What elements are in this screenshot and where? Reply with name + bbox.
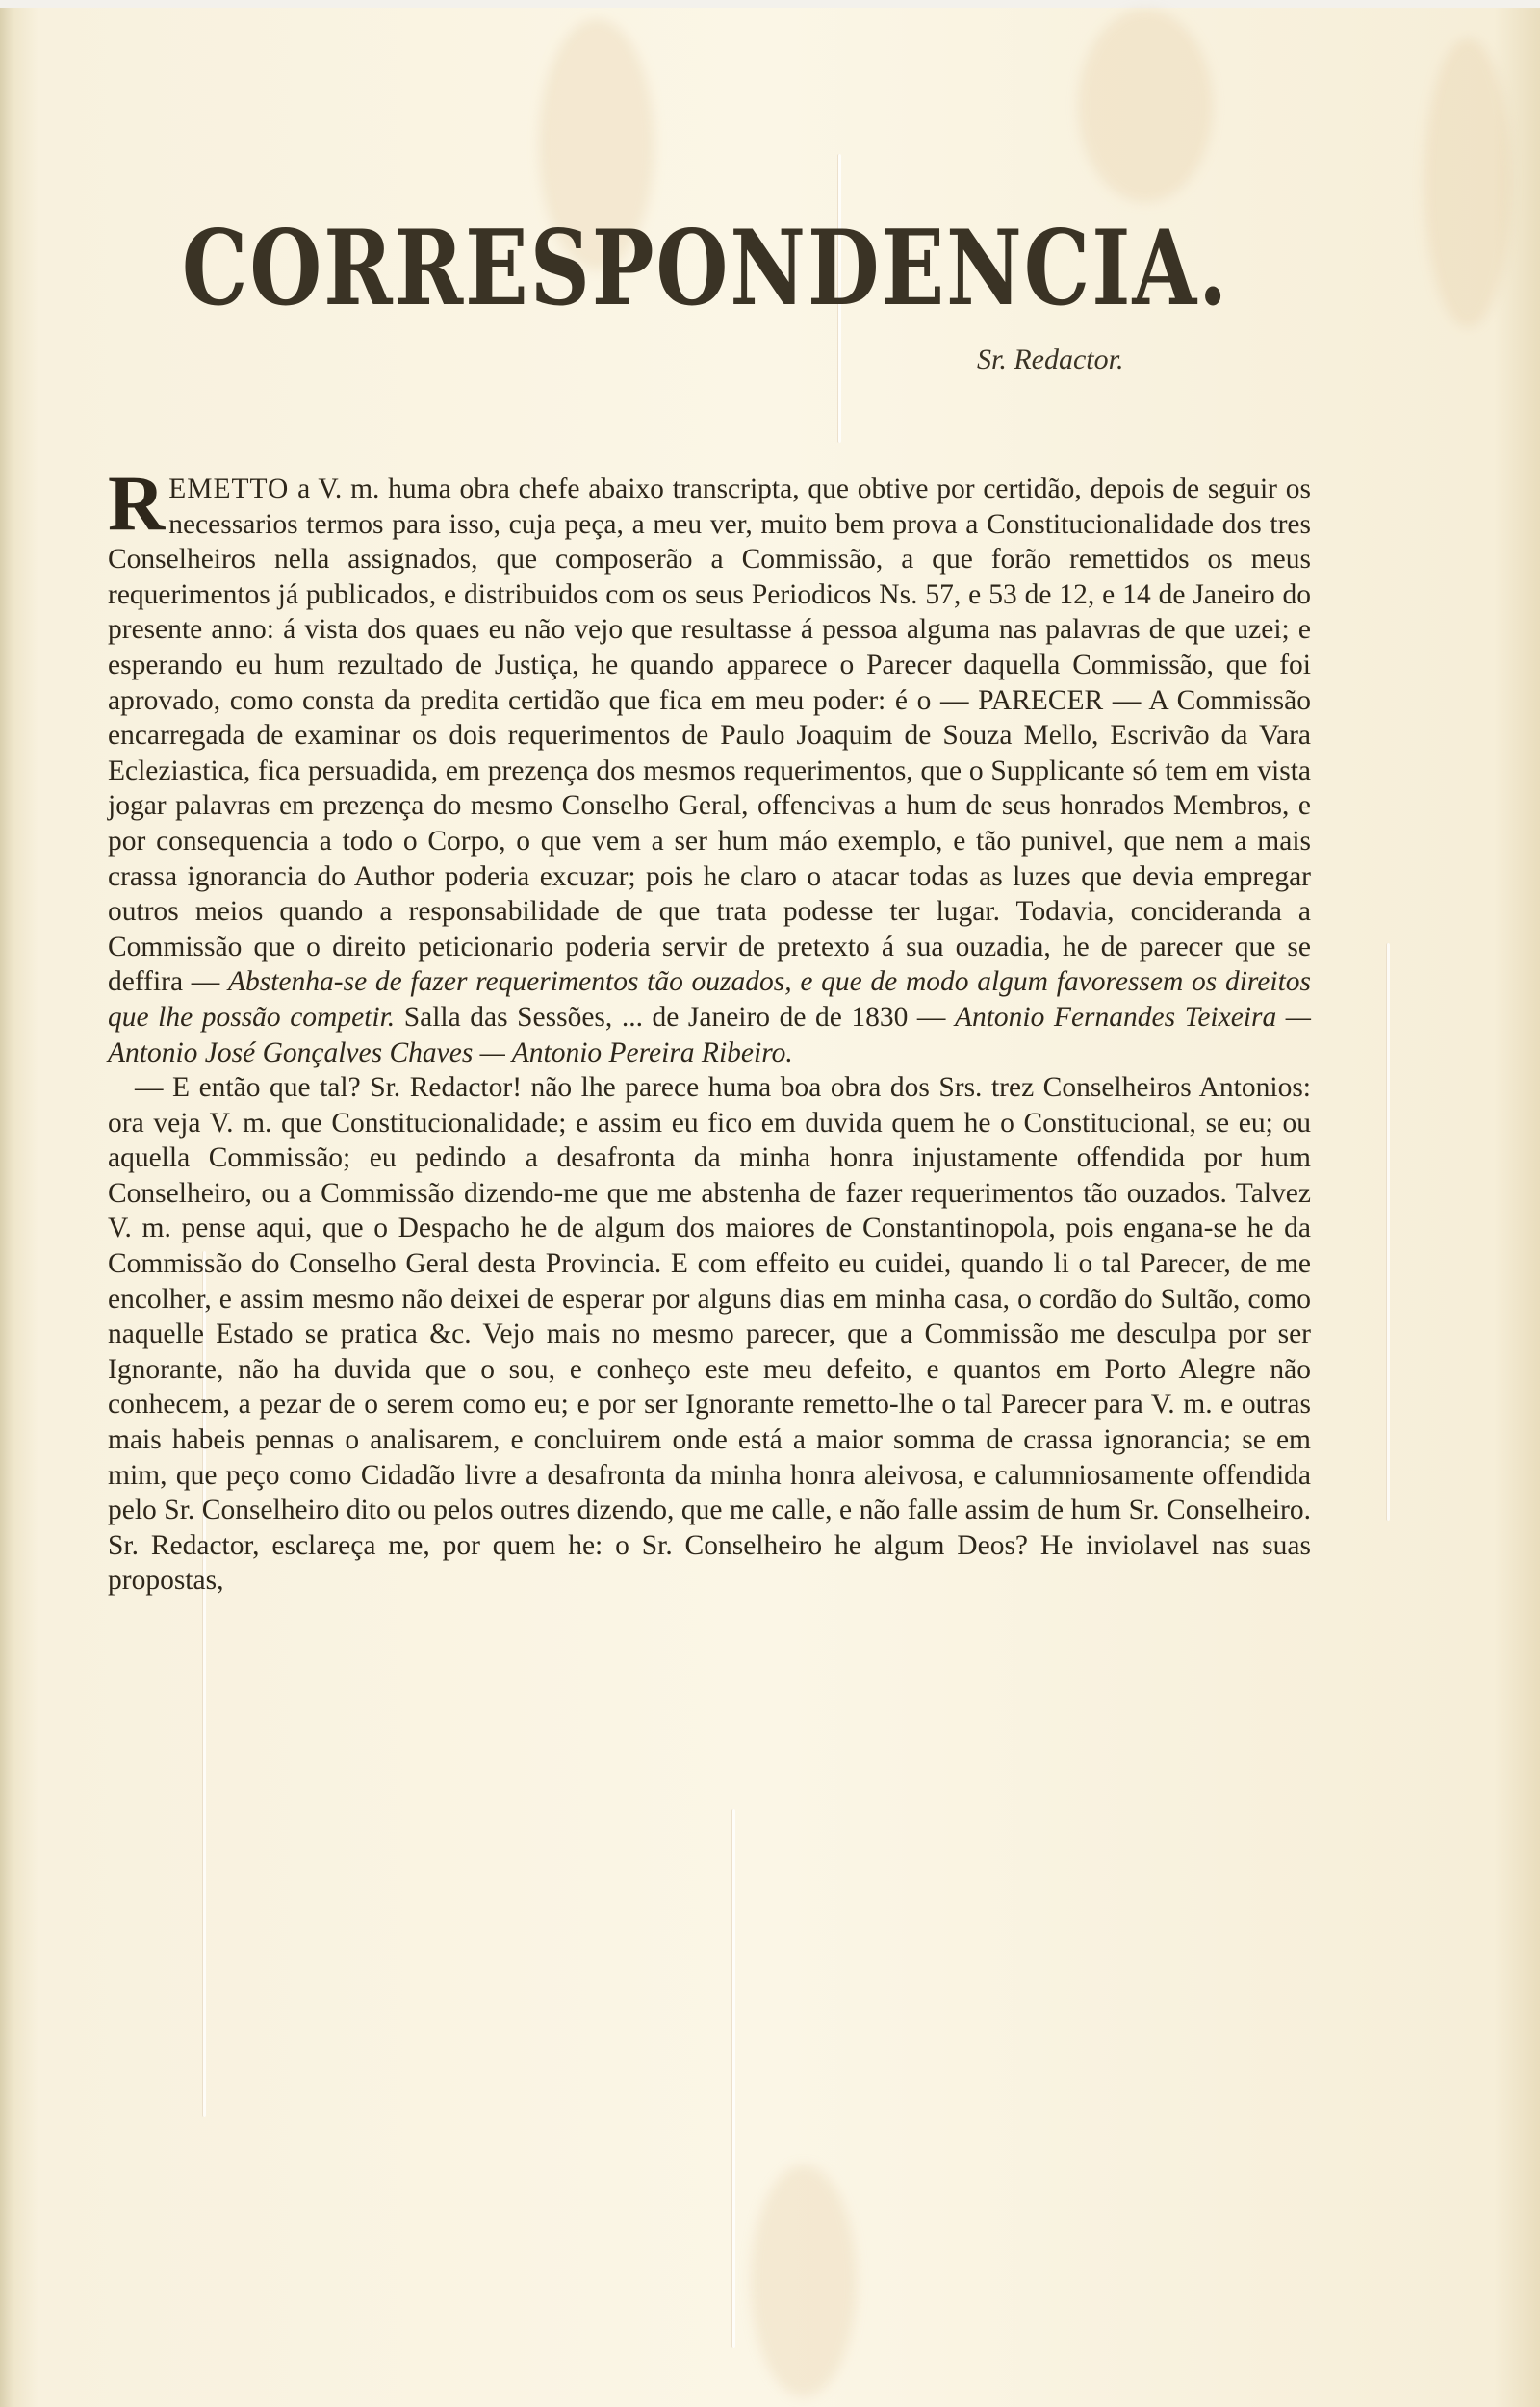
scan-top-edge <box>0 0 1540 8</box>
stain <box>1078 10 1213 202</box>
dateline: Salla das Sessões, ... de Janeiro de de … <box>395 1002 955 1033</box>
stain <box>751 2165 857 2396</box>
salutation: Sr. Redactor. <box>977 344 1124 376</box>
drop-cap: R <box>108 474 165 533</box>
lead-word: EMETTO <box>168 474 289 504</box>
paragraph-2: — E então que tal? Sr. Redactor! não lhe… <box>108 1070 1311 1599</box>
page-title: CORRESPONDENCIA. <box>114 208 1297 329</box>
water-streak <box>1386 943 1390 1521</box>
letter-body: REMETTO a V. m. huma obra chefe abaixo t… <box>108 472 1311 1599</box>
paragraph-1-text: a V. m. huma obra chefe abaixo transcrip… <box>108 474 1311 997</box>
paragraph-1: REMETTO a V. m. huma obra chefe abaixo t… <box>108 472 1311 1070</box>
stain <box>1424 38 1511 327</box>
water-streak <box>731 1809 735 2348</box>
